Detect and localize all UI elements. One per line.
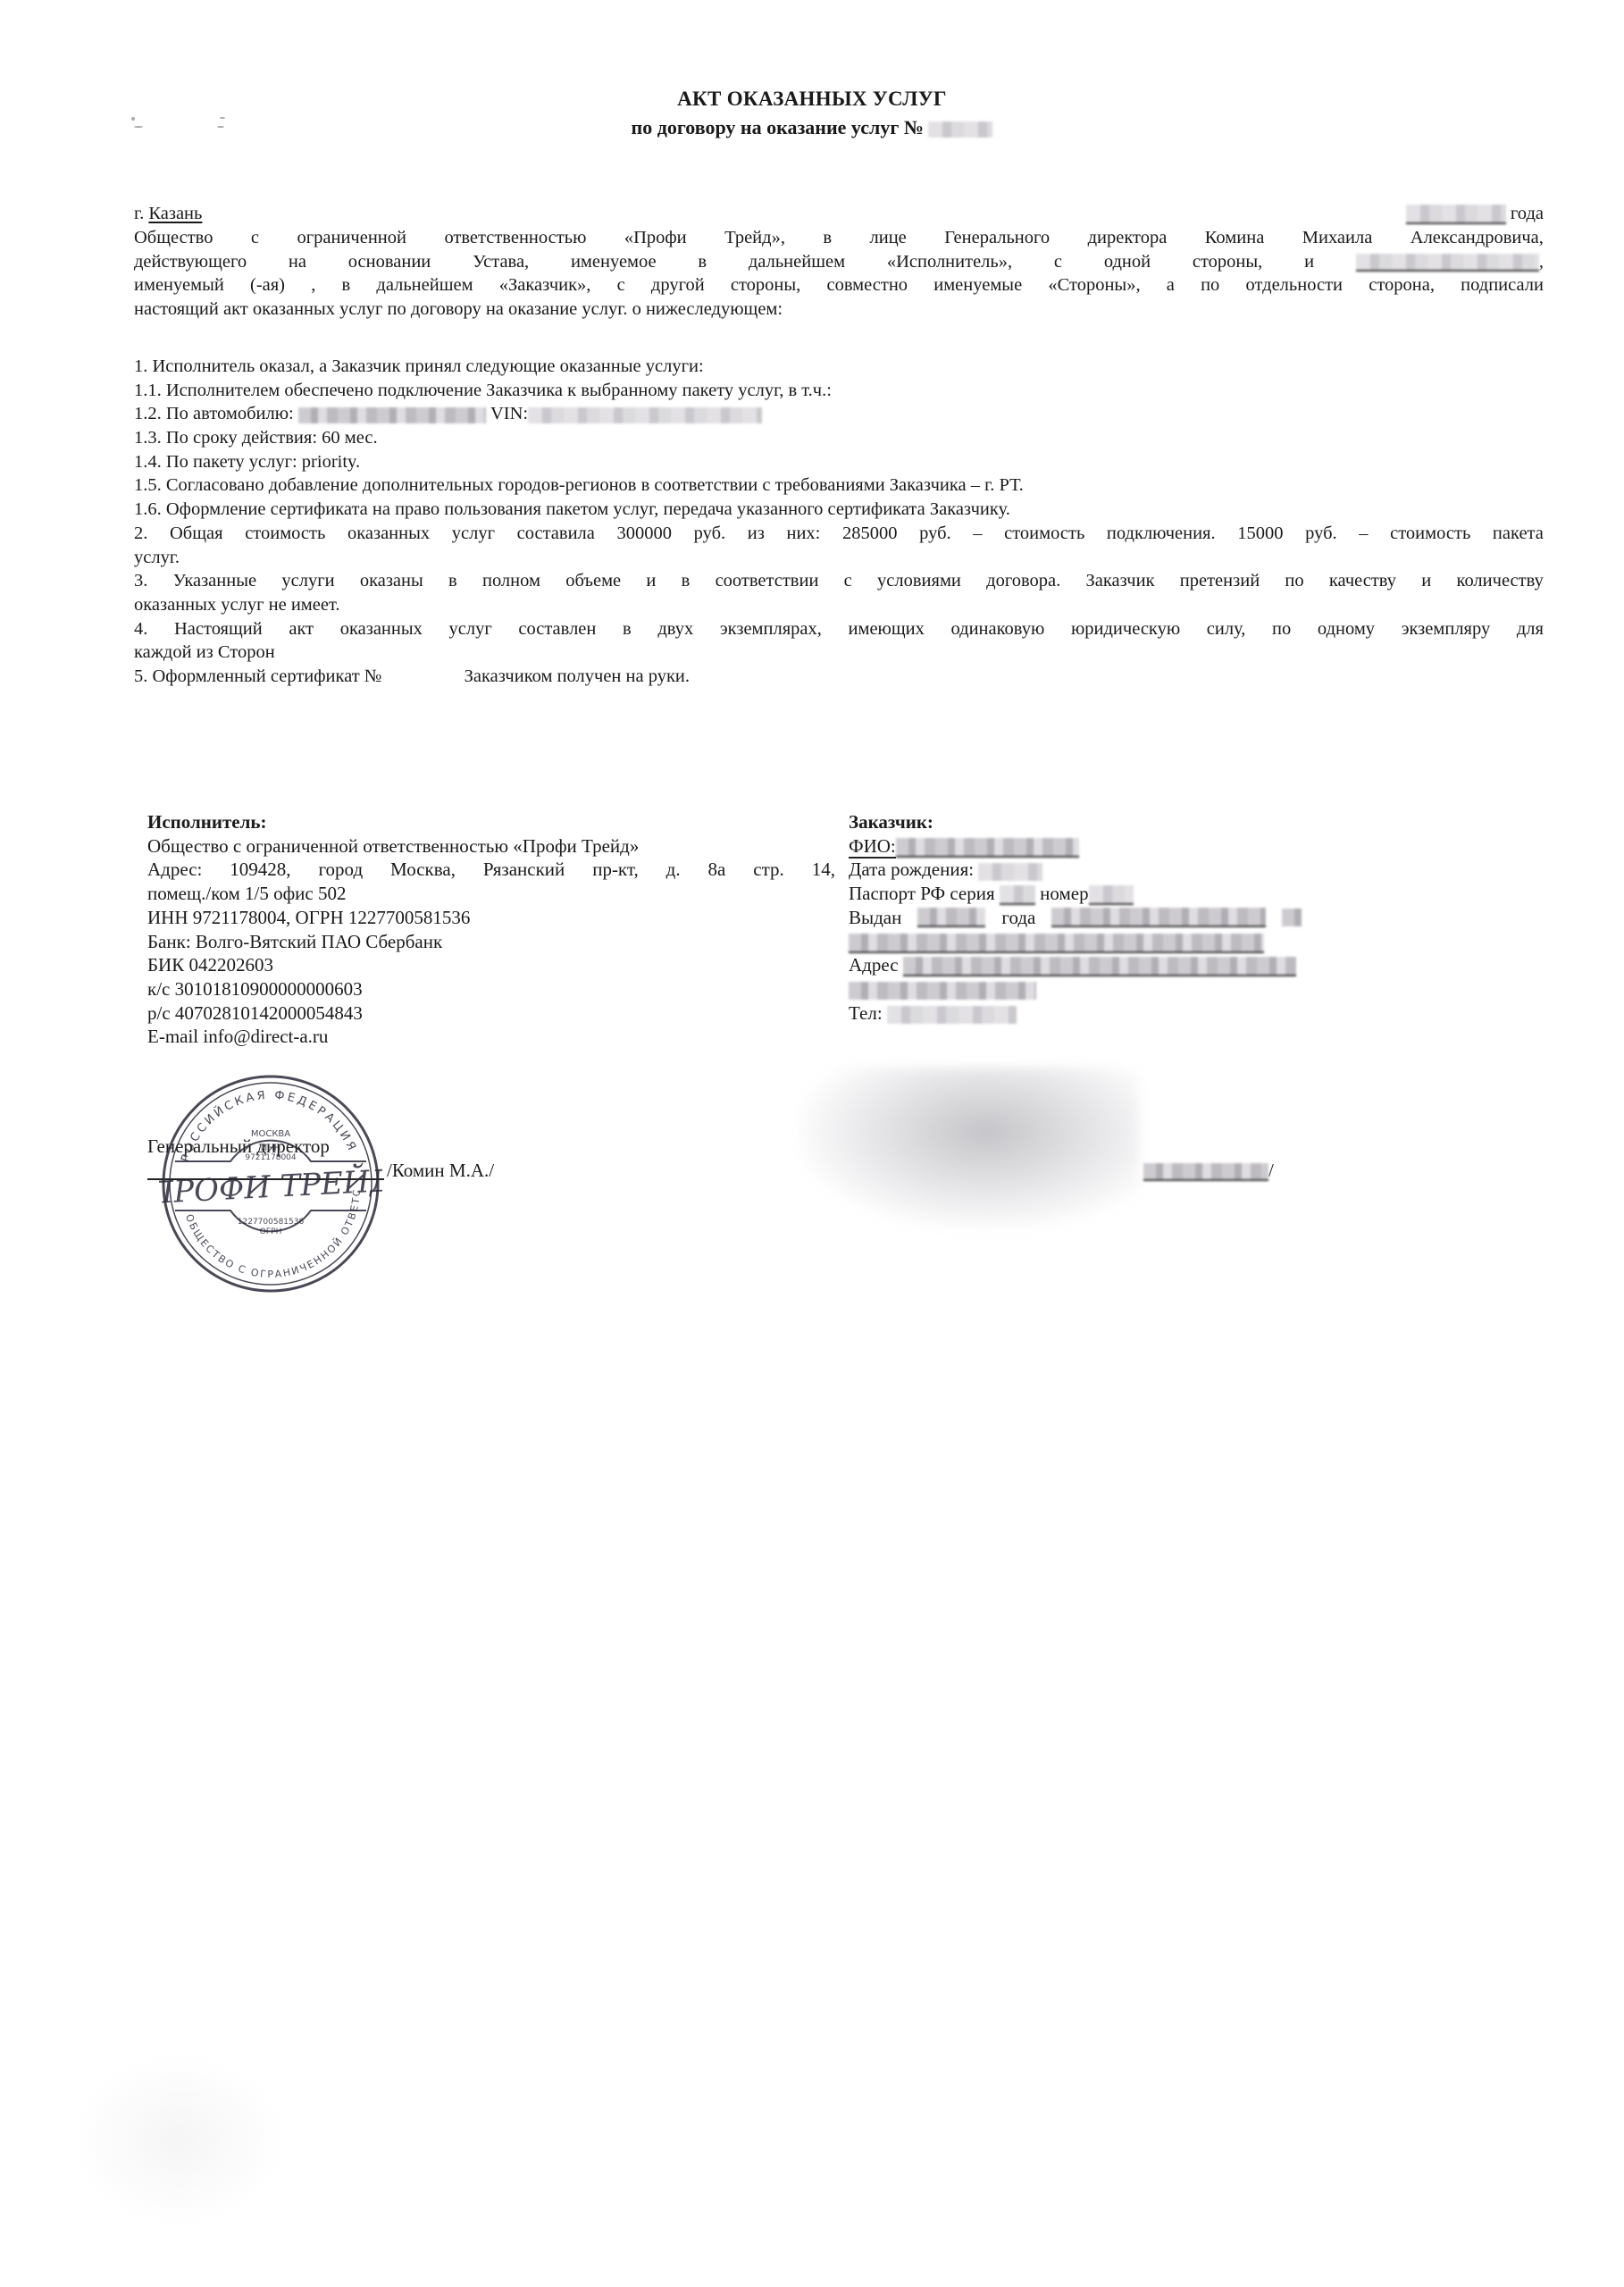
contractor-org: Общество с ограниченной ответственностью… [147, 834, 835, 859]
word: 2. [134, 522, 147, 546]
word: и [1421, 569, 1431, 593]
intro-line-2: действующегонаоснованииУстава,именуемоев… [134, 250, 1544, 274]
word: с [1054, 250, 1062, 274]
word: основании [348, 250, 431, 274]
item-1-2: 1.2. По автомобилю: VIN: [134, 402, 1544, 426]
word: Указанные [173, 569, 256, 593]
word: составила [517, 522, 595, 546]
word: сторона, [1369, 273, 1435, 297]
word: стоимость [1390, 522, 1470, 546]
word: претензий [1180, 569, 1260, 593]
customer-phone: Тел: [849, 1001, 1545, 1026]
passport-label: Паспорт РФ серия [849, 883, 995, 904]
word: совместно [827, 273, 908, 297]
word: силу, [1207, 617, 1246, 641]
word: другой [651, 273, 705, 297]
contractor-bik: БИК 042202603 [147, 953, 835, 977]
word: Заказчик [1085, 569, 1154, 593]
word: с [617, 273, 625, 297]
items-section: 1. Исполнитель оказал, а Заказчик принял… [134, 355, 1544, 689]
word: услуг [449, 617, 492, 641]
word: 109428, [230, 858, 290, 882]
fio-label: ФИО: [849, 835, 896, 859]
word: них: [786, 522, 820, 546]
svg-text:МОСКВА: МОСКВА [251, 1129, 290, 1139]
word: Михаила [1302, 226, 1373, 250]
word: – [973, 522, 982, 546]
word: в [623, 617, 632, 641]
item-1-4: 1.4. По пакету услуг: priority. [134, 450, 1544, 474]
redacted-address-cont [849, 982, 1036, 1000]
word: Москва, [390, 858, 456, 882]
document-date: года [1406, 202, 1544, 226]
word: дальнейшем [749, 250, 845, 274]
city: г. Казань [134, 202, 202, 226]
svg-text:ИНН: ИНН [261, 1143, 281, 1153]
word: для [1517, 617, 1544, 641]
word: руб. [694, 522, 726, 546]
word: юридическую [1071, 617, 1180, 641]
word: одной [1104, 250, 1151, 274]
dob-label: Дата рождения: [849, 859, 974, 880]
word: в [342, 273, 351, 297]
word: по [1285, 569, 1303, 593]
issued-label: Выдан [849, 906, 901, 930]
word: руб. [1305, 522, 1337, 546]
word: с [844, 569, 852, 593]
word: стр. [753, 858, 784, 882]
word: именуемые [933, 273, 1022, 297]
word: подключения. [1107, 522, 1216, 546]
word: стороны, [1193, 250, 1262, 274]
word: по [1201, 273, 1219, 297]
city-prefix: г. [134, 204, 144, 223]
intro-line-4: настоящий акт оказанных услуг по договор… [134, 297, 1544, 322]
city-name: Казань [148, 204, 202, 223]
word: одному [1318, 617, 1375, 641]
redacted-issued-by-end [1282, 909, 1302, 926]
svg-text:ПРОФИ ТРЕЙД: ПРОФИ ТРЕЙД [159, 1161, 382, 1212]
word: количеству [1457, 569, 1544, 593]
word: оказаны [360, 569, 423, 593]
word: условиями [877, 569, 961, 593]
phone-label: Тел: [849, 1002, 883, 1024]
customer-dob: Дата рождения: [849, 858, 1545, 882]
word: ограниченной [297, 226, 406, 250]
word: из [748, 522, 765, 546]
word: в [448, 569, 457, 593]
director-name: /Комин М.А./ [387, 1159, 494, 1183]
subtitle-text: по договору на оказание услуг № [632, 116, 924, 138]
date-suffix: года [1511, 204, 1544, 223]
word: пр-кт, [592, 858, 639, 882]
comma: , [1539, 252, 1544, 272]
word: «Профи [624, 226, 687, 250]
word: «Заказчик», [499, 273, 591, 297]
redacted-fio [896, 838, 1079, 858]
word: город [318, 858, 363, 882]
item-4-line-2: каждой из Сторон [134, 641, 1544, 665]
customer-address-line-2 [849, 977, 1545, 1001]
city-date-row: г. Казань года [134, 202, 1544, 226]
item-1: 1. Исполнитель оказал, а Заказчик принял… [134, 355, 1544, 379]
word: услуг [452, 522, 495, 546]
svg-text:1227700581536: 1227700581536 [238, 1218, 305, 1227]
word: в [682, 569, 691, 593]
item-1-3: 1.3. По сроку действия: 60 мес. [134, 426, 1544, 450]
item-5-label: 5. Оформленный сертификат № [134, 666, 381, 686]
redacted-contract-number [928, 121, 992, 138]
word: полном [482, 569, 540, 593]
intro-paragraph: Обществосограниченнойответственностью«Пр… [134, 226, 1544, 322]
redacted-signature-name [1143, 1163, 1268, 1181]
word: с [251, 226, 259, 250]
item-3-line-2: оказанных услуг не имеет. [134, 593, 1544, 617]
word: Общая [170, 522, 223, 546]
word: именуемое [571, 250, 657, 274]
contractor-bank: Банк: Волго-Вятский ПАО Сбербанк [147, 930, 835, 954]
word: действующего [134, 250, 247, 274]
word: Комина [1205, 226, 1265, 250]
contractor-rs: р/с 40702810142000054843 [147, 1001, 835, 1026]
word: именуемый [134, 273, 224, 297]
address-label: Адрес [849, 954, 899, 976]
word: стороны, [731, 273, 800, 297]
word: по [1272, 617, 1291, 641]
word: 4. [134, 617, 147, 641]
total-amount: 300000 [617, 522, 673, 546]
item-1-2-label: 1.2. По автомобилю: [134, 404, 294, 423]
document-page: АКТ ОКАЗАННЫХ УСЛУГ по договору на оказа… [0, 0, 1624, 2287]
word: двух [657, 617, 693, 641]
word: Адрес: [147, 858, 202, 882]
svg-text:ОГРН: ОГРН [260, 1227, 282, 1236]
word: и [646, 569, 656, 593]
redacted-customer-signature [799, 1068, 1139, 1228]
customer-signature-line: / [1143, 1159, 1274, 1183]
intro-line-1: Обществосограниченнойответственностью«Пр… [134, 226, 1544, 250]
word: Настоящий [174, 617, 263, 641]
contractor-details: Исполнитель: Общество с ограниченной отв… [147, 810, 835, 1049]
word: подписали [1461, 273, 1544, 297]
contractor-heading: Исполнитель: [147, 810, 835, 834]
contractor-address-line-2: помещ./ком 1/5 офис 502 [147, 882, 835, 906]
word: стоимость [1004, 522, 1084, 546]
package-amount: 15000 [1237, 522, 1283, 546]
word: и [1304, 250, 1314, 274]
intro-line-3: именуемый(-ая),вдальнейшем«Заказчик»,сдр… [134, 273, 1544, 297]
word: экземпляру [1402, 617, 1491, 641]
customer-details: Заказчик: ФИО: Дата рождения: Паспорт РФ… [849, 810, 1545, 1025]
redacted-dob [978, 863, 1042, 881]
item-4-line-1: 4.Настоящийактоказанныхуслугсоставленвдв… [134, 617, 1544, 641]
word: оказанных [340, 617, 423, 641]
word: Трейд», [724, 226, 785, 250]
word: ответственностью [444, 226, 586, 250]
word: одинаковую [951, 617, 1045, 641]
word: пакета [1493, 522, 1544, 546]
passport-number-label: номер [1040, 883, 1088, 904]
item-5: 5. Оформленный сертификат № Заказчиком п… [134, 665, 1544, 689]
contractor-ks: к/с 30101810900000000603 [147, 977, 835, 1001]
word: – [1359, 522, 1368, 546]
document-header: АКТ ОКАЗАННЫХ УСЛУГ по договору на оказа… [0, 86, 1624, 141]
word: «Стороны», [1048, 273, 1140, 297]
word: дальнейшем [376, 273, 473, 297]
company-stamp-icon: РОССИЙСКАЯ ФЕДЕРАЦИЯ ОБЩЕСТВО С ОГРАНИЧЕ… [159, 1072, 382, 1295]
redacted-issued-date [917, 908, 985, 927]
word: имеющих [849, 617, 925, 641]
word: 3. [134, 569, 147, 593]
redacted-customer-name: , [1356, 250, 1544, 274]
word: 14, [812, 858, 835, 882]
redacted-issued-by [1051, 908, 1266, 927]
word: договора. [986, 569, 1060, 593]
scan-artifact [71, 2055, 286, 2224]
item-1-1: 1.1. Исполнителем обеспечено подключение… [134, 379, 1544, 403]
item-1-6: 1.6. Оформление сертификата на право пол… [134, 498, 1544, 522]
word: акт [289, 617, 314, 641]
item-3-line-1: 3.Указанныеуслугиоказанывполномобъемеивс… [134, 569, 1544, 593]
word: экземплярах, [720, 617, 822, 641]
word: директора [1088, 226, 1168, 250]
customer-issued-line-2 [849, 929, 1545, 953]
redacted-vin [528, 407, 762, 423]
customer-address: Адрес [849, 953, 1545, 977]
word: 8а [708, 858, 726, 882]
customer-heading: Заказчик: [849, 810, 1545, 834]
issued-year-label: года [1001, 906, 1035, 930]
word: , [311, 273, 315, 297]
contractor-address-line-1: Адрес:109428,городМосква,Рязанскийпр-кт,… [147, 858, 835, 882]
redacted-issued-by-cont [849, 934, 1264, 953]
redacted-address [903, 957, 1296, 976]
word: в [698, 250, 707, 274]
item-2-line-2: услуг. [134, 546, 1544, 570]
redacted-date [1406, 205, 1506, 224]
document-title: АКТ ОКАЗАННЫХ УСЛУГ [0, 86, 1624, 113]
word: на [289, 250, 306, 274]
document-subtitle: по договору на оказание услуг № [0, 114, 1624, 141]
word: Устава, [473, 250, 529, 274]
contractor-inn-ogrn: ИНН 9721178004, ОГРН 1227700581536 [147, 906, 835, 930]
signature-slash: / [1268, 1160, 1274, 1181]
word: в [823, 226, 832, 250]
customer-fio: ФИО: [849, 834, 1545, 859]
redacted-car [298, 407, 486, 423]
customer-passport: Паспорт РФ серия номер [849, 882, 1545, 906]
connection-amount: 285000 [842, 522, 898, 546]
customer-issued: Выдан года [849, 906, 1545, 930]
redacted-passport-series [1000, 885, 1035, 905]
word: Рязанский [483, 858, 565, 882]
word: составлен [518, 617, 596, 641]
word: а [1167, 273, 1175, 297]
svg-text:9721178004: 9721178004 [245, 1153, 297, 1162]
word: лице [870, 226, 907, 250]
vin-label: VIN: [490, 404, 528, 423]
word: «Исполнитель», [887, 250, 1012, 274]
word: руб. [919, 522, 951, 546]
word: отдельности [1245, 273, 1343, 297]
redacted-passport-number [1089, 885, 1134, 905]
word: стоимость [245, 522, 325, 546]
word: Генерального [944, 226, 1050, 250]
word: Общество [134, 226, 213, 250]
item-5-text: Заказчиком получен на руки. [465, 666, 690, 686]
item-1-5: 1.5. Согласовано добавление дополнительн… [134, 473, 1544, 498]
word: качеству [1329, 569, 1396, 593]
word: (-ая) [250, 273, 285, 297]
redacted-phone [887, 1006, 1017, 1024]
word: объеме [565, 569, 621, 593]
word: Александровича, [1411, 226, 1544, 250]
word: оказанных [347, 522, 430, 546]
contractor-email: E-mail info@direct-a.ru [147, 1025, 835, 1049]
item-2-line-1: 2.Общаястоимостьоказанныхуслугсоставила3… [134, 522, 1544, 546]
word: д. [666, 858, 681, 882]
word: соответствии [716, 569, 819, 593]
word: услуги [281, 569, 334, 593]
